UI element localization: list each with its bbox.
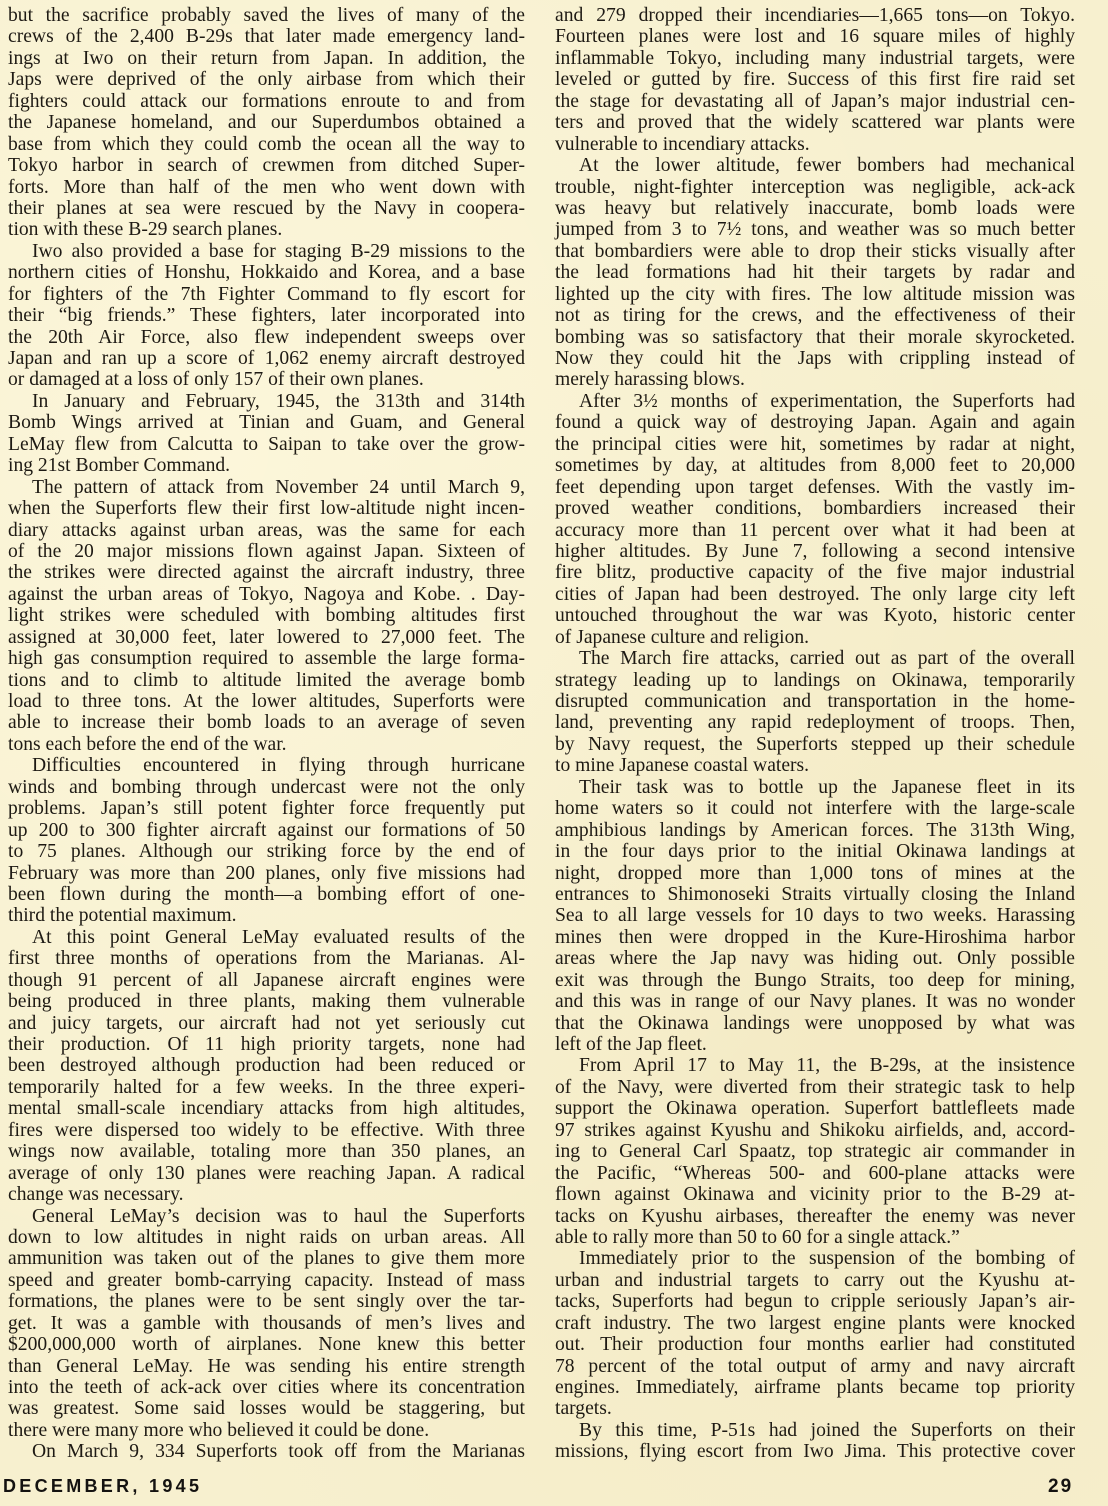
text-line: get. It was a gamble with thousands of m… [8,1313,525,1334]
text-line: engines. Immediately, airframe plants be… [555,1377,1075,1398]
text-line: Bomb Wings arrived at Tinian and Guam, a… [8,412,525,433]
text-line: LeMay flew from Calcutta to Saipan to ta… [8,434,525,455]
text-line: the strikes were directed against the ai… [8,562,525,583]
text-line: down to low altitudes in night raids on … [8,1227,525,1248]
text-line: base from which they could comb the ocea… [8,134,525,155]
text-line: Fourteen planes were lost and 16 square … [555,26,1075,47]
text-line: February was more than 200 planes, only … [8,863,525,884]
text-line: and this was in range of our Navy planes… [555,991,1075,1012]
text-line: tacks, Superforts had begun to cripple s… [555,1291,1075,1312]
text-line: to mine Japanese coastal waters. [555,755,1075,776]
text-line: mines then were dropped in the Kure-Hiro… [555,927,1075,948]
text-line: winds and bombing through undercast were… [8,777,525,798]
text-line: left of the Jap fleet. [555,1034,1075,1055]
text-line: $200,000,000 worth of airplanes. None kn… [8,1334,525,1355]
text-line: than General LeMay. He was sending his e… [8,1356,525,1377]
text-line: forts. More than half of the men who wen… [8,177,525,198]
text-line: Their task was to bottle up the Japanese… [555,777,1075,798]
text-line: out. Their production four months earlie… [555,1334,1075,1355]
text-line: load to three tons. At the lower altitud… [8,691,525,712]
text-line: Difficulties encountered in flying throu… [8,755,525,776]
text-line: up 200 to 300 fighter aircraft against o… [8,820,525,841]
text-line: the principal cities were hit, sometimes… [555,434,1075,455]
text-line: third the potential maximum. [8,905,525,926]
text-line: 97 strikes against Kyushu and Shikoku ai… [555,1120,1075,1141]
text-line: their planes at sea were rescued by the … [8,198,525,219]
text-line: first three months of operations from th… [8,948,525,969]
text-line: change was necessary. [8,1184,525,1205]
text-line: lighted up the city with fires. The low … [555,284,1075,305]
text-line: ing 21st Bomber Command. [8,455,525,476]
issue-date: DECEMBER, 1945 [3,1476,202,1497]
text-line: night, dropped more than 1,000 tons of m… [555,863,1075,884]
text-line: though 91 percent of all Japanese aircra… [8,970,525,991]
text-line: there were many more who believed it cou… [8,1420,525,1441]
text-line: tacks on Kyushu airbases, thereafter the… [555,1206,1075,1227]
text-line: disrupted communication and transportati… [555,691,1075,712]
text-line: the 20th Air Force, also flew independen… [8,327,525,348]
text-line: the stage for devastating all of Japan’s… [555,91,1075,112]
text-line: Immediately prior to the suspension of t… [555,1248,1075,1269]
text-line: into the teeth of ack-ack over cities wh… [8,1377,525,1398]
left-column: but the sacrifice probably saved the liv… [8,5,525,1463]
text-line: Tokyo harbor in search of crewmen from d… [8,155,525,176]
right-column: and 279 dropped their incendiaries—1,665… [555,5,1075,1463]
text-line: ters and proved that the widely scattere… [555,112,1075,133]
text-line: assigned at 30,000 feet, later lowered t… [8,627,525,648]
text-line: the lead formations had hit their target… [555,262,1075,283]
text-line: not as tiring for the crews, and the eff… [555,305,1075,326]
text-line: entrances to Shimonoseki Straits virtual… [555,884,1075,905]
text-line: been flown during the month—a bombing ef… [8,884,525,905]
text-line: speed and greater bomb-carrying capacity… [8,1270,525,1291]
text-line: trouble, night-fighter interception was … [555,177,1075,198]
text-line: mental small-scale incendiary attacks fr… [8,1098,525,1119]
text-line: jumped from 3 to 7½ tons, and weather wa… [555,219,1075,240]
text-line: General LeMay’s decision was to haul the… [8,1206,525,1227]
text-line: flown against Okinawa and vicinity prior… [555,1184,1075,1205]
text-line: tions and to climb to altitude limited t… [8,670,525,691]
text-line: of Japanese culture and religion. [555,627,1075,648]
text-line: merely harassing blows. [555,369,1075,390]
text-line: urban and industrial targets to carry ou… [555,1270,1075,1291]
text-line: their production. Of 11 high priority ta… [8,1034,525,1055]
text-line: of the Navy, were diverted from their st… [555,1077,1075,1098]
text-line: Now they could hit the Japs with crippli… [555,348,1075,369]
text-line: problems. Japan’s still potent fighter f… [8,798,525,819]
text-line: ammunition was taken out of the planes t… [8,1248,525,1269]
text-line: tion with these B-29 search planes. [8,219,525,240]
text-line: able to rally more than 50 to 60 for a s… [555,1227,1075,1248]
text-line: The pattern of attack from November 24 u… [8,477,525,498]
text-line: By this time, P-51s had joined the Super… [555,1420,1075,1441]
text-line: fire blitz, productive capacity of the f… [555,562,1075,583]
text-line: vulnerable to incendiary attacks. [555,134,1075,155]
text-line: missions, flying escort from Iwo Jima. T… [555,1441,1075,1462]
text-line: support the Okinawa operation. Superfort… [555,1098,1075,1119]
text-line: home waters so it could not interfere wi… [555,798,1075,819]
text-line: that bombardiers were able to drop their… [555,241,1075,262]
text-line: the Pacific, “Whereas 500- and 600-plane… [555,1163,1075,1184]
text-line: was greatest. Some said losses would be … [8,1398,525,1419]
text-line: Sea to all large vessels for 10 days to … [555,905,1075,926]
text-line: to 75 planes. Although our striking forc… [8,841,525,862]
text-line: higher altitudes. By June 7, following a… [555,541,1075,562]
text-line: At the lower altitude, fewer bombers had… [555,155,1075,176]
text-line: but the sacrifice probably saved the liv… [8,5,525,26]
text-line: bombing was so satisfactory that their m… [555,327,1075,348]
text-line: leveled or gutted by fire. Success of th… [555,69,1075,90]
text-line: areas where the Jap navy was hiding out.… [555,948,1075,969]
text-line: was heavy but relatively inaccurate, bom… [555,198,1075,219]
text-line: targets. [555,1398,1075,1419]
text-line: exit was through the Bungo Straits, too … [555,970,1075,991]
text-line: diary attacks against urban areas, was t… [8,520,525,541]
text-line: tons each before the end of the war. [8,734,525,755]
text-line: high gas consumption required to assembl… [8,648,525,669]
text-line: amphibious landings by American forces. … [555,820,1075,841]
text-line: feet depending upon target defenses. Wit… [555,477,1075,498]
text-line: land, preventing any rapid redeployment … [555,712,1075,733]
text-line: able to increase their bomb loads to an … [8,712,525,733]
text-line: being produced in three plants, making t… [8,991,525,1012]
text-line: The March fire attacks, carried out as p… [555,648,1075,669]
text-line: Japan and ran up a score of 1,062 enemy … [8,348,525,369]
text-line: Iwo also provided a base for staging B-2… [8,241,525,262]
text-line: wings now available, totaling more than … [8,1141,525,1162]
text-line: inflammable Tokyo, including many indust… [555,48,1075,69]
text-line: or damaged at a loss of only 157 of thei… [8,369,525,390]
text-line: been destroyed although production had b… [8,1055,525,1076]
text-line: Japs were deprived of the only airbase f… [8,69,525,90]
text-line: craft industry. The two largest engine p… [555,1313,1075,1334]
text-line: sometimes by day, at altitudes from 8,00… [555,455,1075,476]
text-line: northern cities of Honshu, Hokkaido and … [8,262,525,283]
text-line: proved weather conditions, bombardiers i… [555,498,1075,519]
text-line: in the four days prior to the initial Ok… [555,841,1075,862]
text-line: ing to General Carl Spaatz, top strategi… [555,1141,1075,1162]
page-number: 29 [1048,1476,1073,1498]
magazine-page: but the sacrifice probably saved the liv… [0,0,1108,1506]
text-line: strategy leading up to landings on Okina… [555,670,1075,691]
text-line: light strikes were scheduled with bombin… [8,605,525,626]
text-line: On March 9, 334 Superforts took off from… [8,1441,525,1462]
text-line: average of only 130 planes were reaching… [8,1163,525,1184]
text-line: formations, the planes were to be sent s… [8,1291,525,1312]
text-line: crews of the 2,400 B-29s that later made… [8,26,525,47]
text-line: At this point General LeMay evaluated re… [8,927,525,948]
text-line: After 3½ months of experimentation, the … [555,391,1075,412]
text-line: that the Okinawa landings were unopposed… [555,1013,1075,1034]
text-line: From April 17 to May 11, the B-29s, at t… [555,1055,1075,1076]
text-line: ings at Iwo on their return from Japan. … [8,48,525,69]
text-line: temporarily halted for a few weeks. In t… [8,1077,525,1098]
text-line: cities of Japan had been destroyed. The … [555,584,1075,605]
text-line: when the Superforts flew their first low… [8,498,525,519]
text-line: by Navy request, the Superforts stepped … [555,734,1075,755]
text-line: found a quick way of destroying Japan. A… [555,412,1075,433]
text-line: against the urban areas of Tokyo, Nagoya… [8,584,525,605]
text-line: untouched throughout the war was Kyoto, … [555,605,1075,626]
text-line: fires were dispersed too widely to be ef… [8,1120,525,1141]
text-line: their “big friends.” These fighters, lat… [8,305,525,326]
text-line: In January and February, 1945, the 313th… [8,391,525,412]
text-line: and 279 dropped their incendiaries—1,665… [555,5,1075,26]
text-line: and juicy targets, our aircraft had not … [8,1013,525,1034]
text-line: fighters could attack our formations enr… [8,91,525,112]
text-line: 78 percent of the total output of army a… [555,1356,1075,1377]
text-line: the Japanese homeland, and our Superdumb… [8,112,525,133]
text-line: accuracy more than 11 percent over what … [555,520,1075,541]
text-line: for fighters of the 7th Fighter Command … [8,284,525,305]
text-line: of the 20 major missions flown against J… [8,541,525,562]
